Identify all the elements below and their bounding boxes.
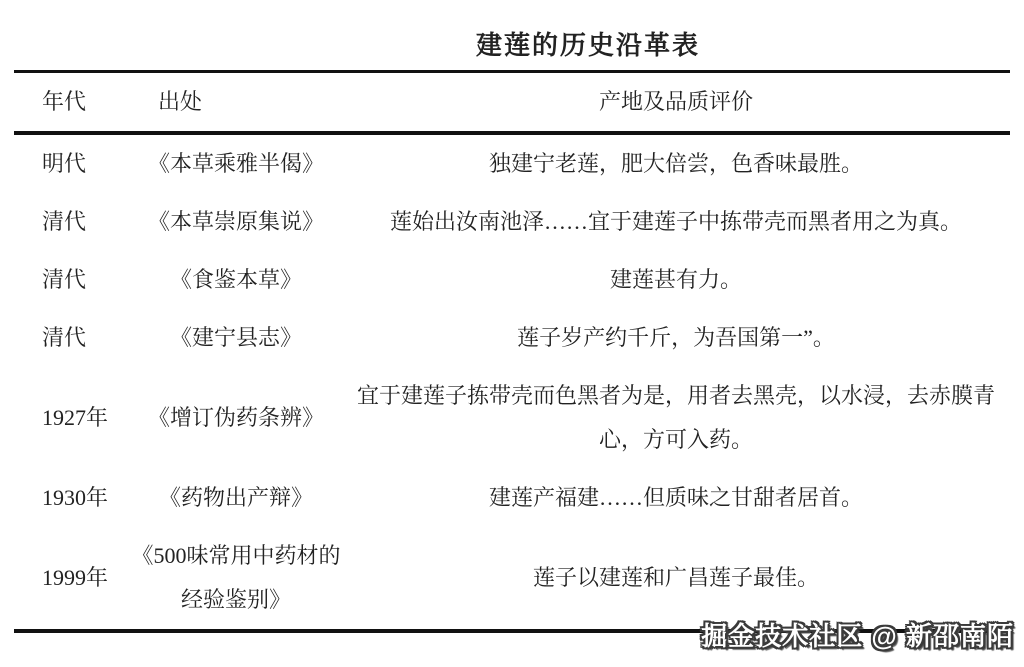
page-title: 建莲的历史沿革表 [476,25,700,62]
cell-era: 清代 [14,309,130,367]
cell-source: 《食鉴本草》 [130,251,342,309]
cell-evaluation: 莲子岁产约千斤，为吾国第一”。 [342,309,1010,367]
cell-era: 1999年 [14,527,130,631]
cell-evaluation: 宜于建莲子拣带壳而色黑者为是，用者去黑壳，以水浸，去赤膜青心，方可入药。 [342,367,1010,469]
title-block: 建莲的历史沿革表 [0,0,1024,70]
history-table: 年代 出处 产地及品质评价 明代 《本草乘雅半偈》 独建宁老莲，肥大倍尝，色香味… [14,70,1010,633]
table-row: 清代 《食鉴本草》 建莲甚有力。 [14,251,1010,309]
cell-era: 1930年 [14,469,130,527]
cell-era: 清代 [14,193,130,251]
cell-evaluation: 建莲产福建……但质味之甘甜者居首。 [342,469,1010,527]
cell-source: 《500味常用中药材的经验鉴别》 [130,527,342,631]
table-row: 清代 《本草崇原集说》 莲始出汝南池泽……宜于建莲子中拣带壳而黑者用之为真。 [14,193,1010,251]
table-header-row: 年代 出处 产地及品质评价 [14,72,1010,134]
column-header-source: 出处 [130,72,342,134]
cell-era: 明代 [14,133,130,193]
cell-evaluation: 建莲甚有力。 [342,251,1010,309]
cell-source: 《本草崇原集说》 [130,193,342,251]
table-body: 明代 《本草乘雅半偈》 独建宁老莲，肥大倍尝，色香味最胜。 清代 《本草崇原集说… [14,133,1010,631]
cell-source: 《药物出产辩》 [130,469,342,527]
table-header: 年代 出处 产地及品质评价 [14,72,1010,134]
table-row: 明代 《本草乘雅半偈》 独建宁老莲，肥大倍尝，色香味最胜。 [14,133,1010,193]
cell-source: 《建宁县志》 [130,309,342,367]
watermark-text: 掘金技术社区 @ 新邵南陌 [701,616,1014,653]
cell-source: 《本草乘雅半偈》 [130,133,342,193]
table-row: 清代 《建宁县志》 莲子岁产约千斤，为吾国第一”。 [14,309,1010,367]
cell-evaluation: 莲始出汝南池泽……宜于建莲子中拣带壳而黑者用之为真。 [342,193,1010,251]
table-row: 1927年 《增订伪药条辨》 宜于建莲子拣带壳而色黑者为是，用者去黑壳，以水浸，… [14,367,1010,469]
cell-era: 清代 [14,251,130,309]
document-page: 建莲的历史沿革表 年代 出处 产地及品质评价 明代 《本草乘雅半偈》 独建宁老莲… [0,0,1024,667]
cell-era: 1927年 [14,367,130,469]
table-row: 1930年 《药物出产辩》 建莲产福建……但质味之甘甜者居首。 [14,469,1010,527]
column-header-era: 年代 [14,72,130,134]
cell-evaluation: 独建宁老莲，肥大倍尝，色香味最胜。 [342,133,1010,193]
cell-source: 《增订伪药条辨》 [130,367,342,469]
column-header-evaluation: 产地及品质评价 [342,72,1010,134]
